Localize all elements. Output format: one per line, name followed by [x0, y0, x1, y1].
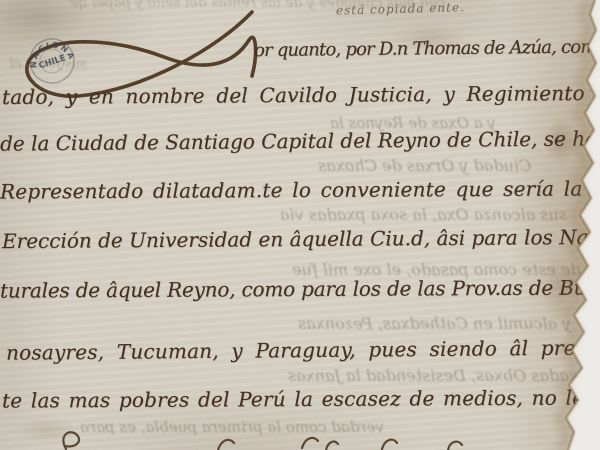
manuscript-line: Erección de Universidad en âquella Ciu.d…: [2, 227, 595, 251]
manuscript-line: turales de âquel Reyno, como para los de…: [0, 277, 600, 300]
manuscript-line: tado, y en nombre del Cavildo Justicia, …: [2, 83, 585, 107]
manuscript-line: Representado dilatadam.te lo conveniente…: [0, 178, 582, 201]
manuscript-line: nosayres, Tucuman, y Paraguay, pues sien…: [6, 337, 600, 362]
manuscript-page: con mas ciudades y de las rentas del sel…: [0, 0, 600, 450]
manuscript-line: de la Ciudad de Santiago Capital del Rey…: [0, 128, 597, 153]
manuscript-line: te las mas pobres del Perú la escasez de…: [2, 387, 595, 410]
verso-bleedthrough: Ciudad y Orxas de Choxas: [318, 158, 531, 174]
torn-edge: [538, 0, 600, 450]
verso-bleedthrough: sus alcanza Oxa, la soxa pxadas via: [280, 207, 567, 223]
stamp-center-text: CHILE: [38, 53, 68, 71]
margin-annotation: está copiada ente.: [336, 0, 465, 17]
verso-bleedthrough: y alcumil en Cathedxas, Pezonxas: [298, 316, 571, 332]
clipped-bottom-line-strokes: [50, 427, 480, 450]
